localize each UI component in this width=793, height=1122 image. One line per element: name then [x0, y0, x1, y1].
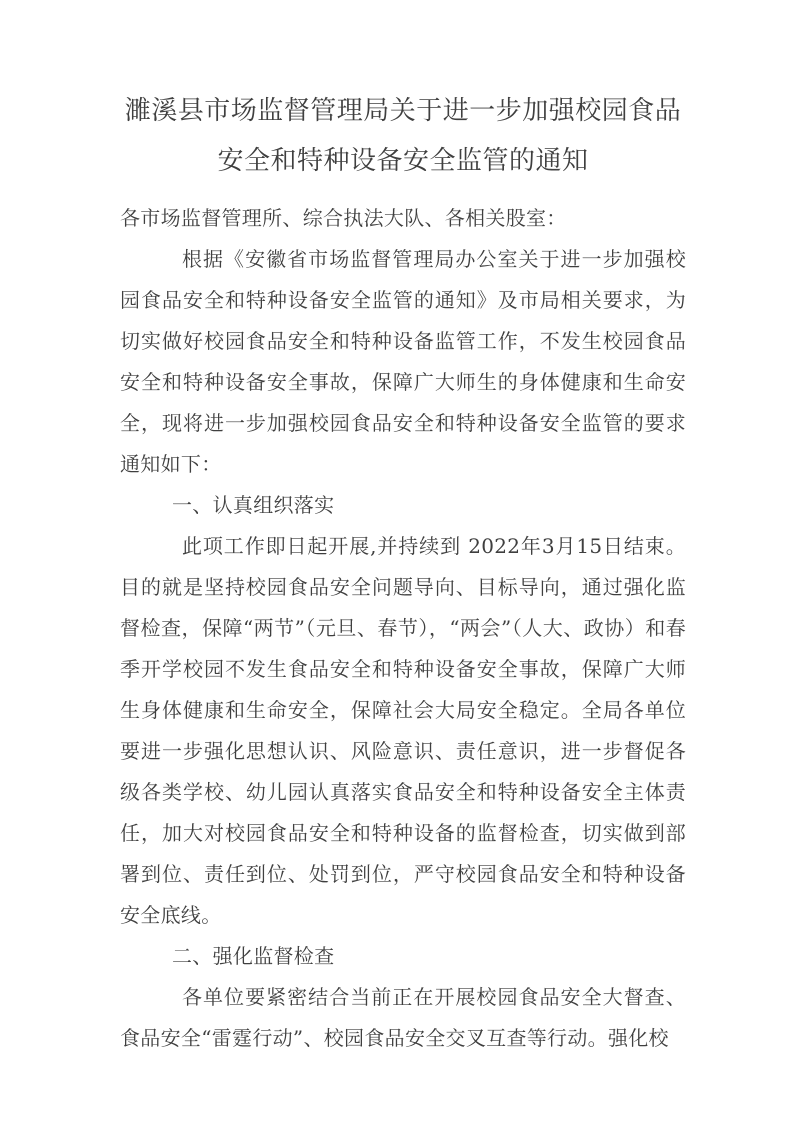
paragraph: 各单位要紧密结合当前正在开展校园食品安全大督查、食品安全“雷霆行动”、校园食品安…	[120, 977, 686, 1059]
document-body: 根据《安徽省市场监督管理局办公室关于进一步加强校园食品安全和特种设备安全监管的通…	[120, 239, 686, 1059]
document-title: 濉溪县市场监督管理局关于进一步加强校园食品安全和特种设备安全监管的通知	[120, 86, 686, 186]
salutation-line: 各市场监督管理所、综合执法大队、各相关股室：	[120, 198, 686, 239]
paragraph: 此项工作即日起开展,并持续到 2022年3月15日结束。目的就是坚持校园食品安全…	[120, 526, 686, 936]
document-page: 濉溪县市场监督管理局关于进一步加强校园食品安全和特种设备安全监管的通知 各市场监…	[0, 0, 793, 1122]
section-heading: 一、认真组织落实	[120, 485, 686, 526]
section-heading: 二、强化监督检查	[120, 936, 686, 977]
paragraph: 根据《安徽省市场监督管理局办公室关于进一步加强校园食品安全和特种设备安全监管的通…	[120, 239, 686, 485]
